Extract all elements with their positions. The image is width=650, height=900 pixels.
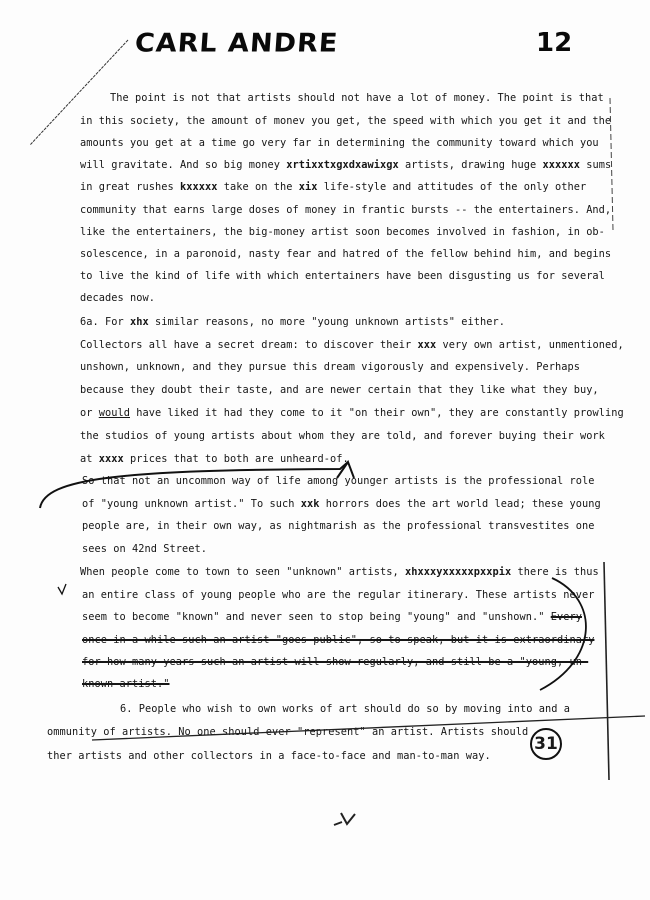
diagonal-pen-stroke — [30, 40, 128, 145]
scanned-document-page: CARL ANDRE 12 The point is not that arti… — [0, 0, 650, 900]
handwritten-annotations — [0, 0, 650, 900]
margin-line-bottom — [604, 562, 609, 780]
bracket-curve-right — [540, 578, 586, 690]
bracket-curve-top — [40, 462, 348, 508]
margin-line-top — [610, 98, 613, 230]
check-mark-icon — [58, 584, 66, 594]
horizontal-pen-line — [92, 716, 645, 740]
bottom-scribble-mark — [334, 813, 355, 825]
